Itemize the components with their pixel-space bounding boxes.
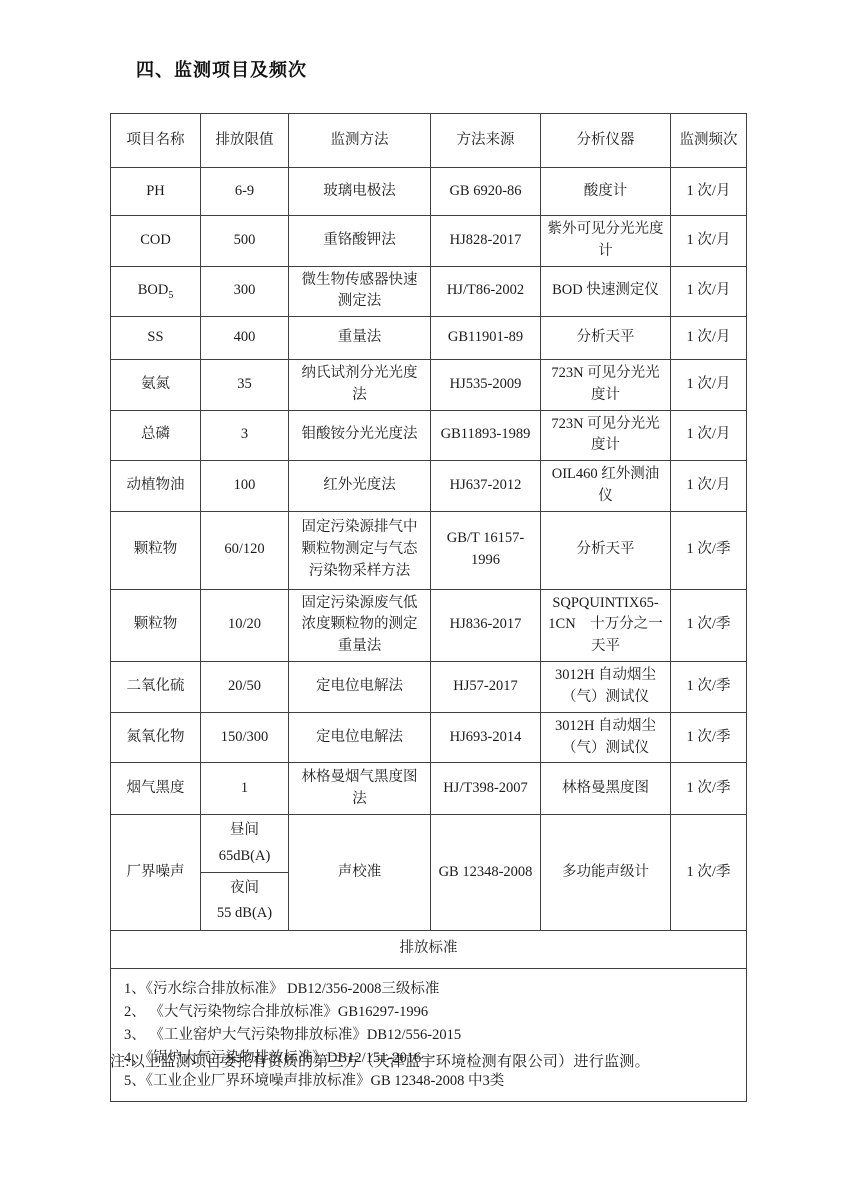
col-header-instrument: 分析仪器: [541, 114, 671, 168]
cell-monitoring-method: 纳氏试剂分光光度法: [289, 360, 431, 411]
table-row: 烟气黑度 1 林格曼烟气黑度图法 HJ/T398-2007 林格曼黑度图 1 次…: [111, 763, 747, 815]
cell-emission-limit: 10/20: [201, 589, 289, 661]
col-header-method: 监测方法: [289, 114, 431, 168]
cell-emission-limit: 35: [201, 360, 289, 411]
cell-monitoring-method: 重量法: [289, 317, 431, 360]
cell-monitoring-frequency: 1 次/月: [671, 360, 747, 411]
cell-monitoring-method: 固定污染源废气低浓度颗粒物的测定 重量法: [289, 589, 431, 661]
cell-analysis-instrument: 723N 可见分光光度计: [541, 360, 671, 411]
cell-analysis-instrument: 紫外可见分光光度计: [541, 216, 671, 267]
cell-analysis-instrument: 723N 可见分光光度计: [541, 410, 671, 461]
col-header-project: 项目名称: [111, 114, 201, 168]
cell-emission-limit: 300: [201, 266, 289, 317]
cell-analysis-instrument: SQPQUINTIX65-1CN 十万分之一天平: [541, 589, 671, 661]
cell-emission-limit: 150/300: [201, 712, 289, 763]
cell-method-source: HJ828-2017: [431, 216, 541, 267]
cell-method-source: HJ693-2014: [431, 712, 541, 763]
cell-monitoring-method: 红外光度法: [289, 461, 431, 512]
cell-project-name: 颗粒物: [111, 589, 201, 661]
cell-project-name: PH: [111, 168, 201, 216]
project-name-subscript: 5: [168, 290, 173, 301]
cell-monitoring-frequency: 1 次/月: [671, 266, 747, 317]
table-header-row: 项目名称 排放限值 监测方法 方法来源 分析仪器 监测频次: [111, 114, 747, 168]
document-page: 四、监测项目及频次 项目名称 排放限值 监测方法 方法来源 分析仪器 监测频次 …: [0, 0, 848, 1200]
cell-emission-limit-night: 夜间 55 dB(A): [201, 873, 289, 931]
table-row: SS 400 重量法 GB11901-89 分析天平 1 次/月: [111, 317, 747, 360]
cell-analysis-instrument: 分析天平: [541, 511, 671, 589]
cell-monitoring-frequency: 1 次/季: [671, 815, 747, 931]
cell-emission-limit: 400: [201, 317, 289, 360]
cell-monitoring-method: 钼酸铵分光光度法: [289, 410, 431, 461]
cell-method-source: HJ/T398-2007: [431, 763, 541, 815]
standard-item: 2、 《大气污染物综合排放标准》GB16297-1996: [124, 1001, 740, 1024]
cell-monitoring-frequency: 1 次/季: [671, 589, 747, 661]
limit-night-value: 55 dB(A): [207, 901, 282, 926]
table-row: BOD5 300 微生物传感器快速测定法 HJ/T86-2002 BOD 快速测…: [111, 266, 747, 317]
cell-method-source: GB11901-89: [431, 317, 541, 360]
col-header-source: 方法来源: [431, 114, 541, 168]
cell-monitoring-frequency: 1 次/月: [671, 461, 747, 512]
standard-item: 1、《污水综合排放标准》 DB12/356-2008三级标准: [124, 978, 740, 1001]
table-row: 二氧化硫 20/50 定电位电解法 HJ57-2017 3012H 自动烟尘（气…: [111, 661, 747, 712]
cell-project-name: 颗粒物: [111, 511, 201, 589]
section-title: 四、监测项目及频次: [136, 56, 307, 82]
cell-monitoring-method: 重铬酸钾法: [289, 216, 431, 267]
col-header-frequency: 监测频次: [671, 114, 747, 168]
cell-emission-limit: 3: [201, 410, 289, 461]
cell-monitoring-method: 声校准: [289, 815, 431, 931]
cell-monitoring-frequency: 1 次/月: [671, 410, 747, 461]
cell-method-source: HJ57-2017: [431, 661, 541, 712]
footer-note: 注:以上监测项目委托有资质的第三方（天津蓝宇环境检测有限公司）进行监测。: [110, 1050, 650, 1071]
limit-day-label: 昼间: [207, 818, 282, 843]
cell-project-name: SS: [111, 317, 201, 360]
cell-analysis-instrument: OIL460 红外测油仪: [541, 461, 671, 512]
cell-method-source: GB/T 16157-1996: [431, 511, 541, 589]
table-row: 总磷 3 钼酸铵分光光度法 GB11893-1989 723N 可见分光光度计 …: [111, 410, 747, 461]
cell-project-name: 动植物油: [111, 461, 201, 512]
cell-method-source: GB11893-1989: [431, 410, 541, 461]
cell-emission-limit: 100: [201, 461, 289, 512]
cell-method-source: HJ/T86-2002: [431, 266, 541, 317]
cell-project-name: 氨氮: [111, 360, 201, 411]
cell-monitoring-method: 定电位电解法: [289, 661, 431, 712]
cell-project-name: 烟气黑度: [111, 763, 201, 815]
table-row-noise-day: 厂界噪声 昼间 65dB(A) 声校准 GB 12348-2008 多功能声级计…: [111, 815, 747, 873]
standards-title-row: 排放标准: [111, 930, 747, 968]
cell-monitoring-method: 固定污染源排气中颗粒物测定与气态污染物采样方法: [289, 511, 431, 589]
cell-analysis-instrument: 酸度计: [541, 168, 671, 216]
cell-monitoring-frequency: 1 次/月: [671, 168, 747, 216]
cell-project-name: 厂界噪声: [111, 815, 201, 931]
table-row: PH 6-9 玻璃电极法 GB 6920-86 酸度计 1 次/月: [111, 168, 747, 216]
cell-method-source: GB 6920-86: [431, 168, 541, 216]
limit-day-value: 65dB(A): [207, 844, 282, 869]
cell-analysis-instrument: 多功能声级计: [541, 815, 671, 931]
cell-monitoring-frequency: 1 次/季: [671, 661, 747, 712]
cell-project-name: BOD5: [111, 266, 201, 317]
cell-monitoring-method: 微生物传感器快速测定法: [289, 266, 431, 317]
table-row: 氨氮 35 纳氏试剂分光光度法 HJ535-2009 723N 可见分光光度计 …: [111, 360, 747, 411]
cell-emission-limit-day: 昼间 65dB(A): [201, 815, 289, 873]
table-row: 氮氧化物 150/300 定电位电解法 HJ693-2014 3012H 自动烟…: [111, 712, 747, 763]
cell-method-source: HJ637-2012: [431, 461, 541, 512]
standards-title: 排放标准: [111, 930, 747, 968]
cell-analysis-instrument: 3012H 自动烟尘（气）测试仪: [541, 712, 671, 763]
table-row: 颗粒物 10/20 固定污染源废气低浓度颗粒物的测定 重量法 HJ836-201…: [111, 589, 747, 661]
monitoring-table: 项目名称 排放限值 监测方法 方法来源 分析仪器 监测频次 PH 6-9 玻璃电…: [110, 113, 747, 1102]
cell-project-name: 二氧化硫: [111, 661, 201, 712]
cell-monitoring-frequency: 1 次/季: [671, 511, 747, 589]
cell-emission-limit: 20/50: [201, 661, 289, 712]
cell-project-name: COD: [111, 216, 201, 267]
cell-monitoring-frequency: 1 次/月: [671, 216, 747, 267]
cell-emission-limit: 6-9: [201, 168, 289, 216]
limit-night-label: 夜间: [207, 876, 282, 901]
cell-analysis-instrument: 3012H 自动烟尘（气）测试仪: [541, 661, 671, 712]
project-name-base: BOD: [138, 282, 169, 298]
cell-analysis-instrument: 林格曼黑度图: [541, 763, 671, 815]
standard-item: 5、《工业企业厂界环境噪声排放标准》GB 12348-2008 中3类: [124, 1070, 740, 1093]
cell-monitoring-method: 林格曼烟气黑度图法: [289, 763, 431, 815]
cell-emission-limit: 1: [201, 763, 289, 815]
cell-project-name: 总磷: [111, 410, 201, 461]
standard-item: 3、 《工业窑炉大气污染物排放标准》DB12/556-2015: [124, 1024, 740, 1047]
cell-method-source: HJ535-2009: [431, 360, 541, 411]
table-row: 颗粒物 60/120 固定污染源排气中颗粒物测定与气态污染物采样方法 GB/T …: [111, 511, 747, 589]
cell-monitoring-frequency: 1 次/月: [671, 317, 747, 360]
cell-monitoring-method: 定电位电解法: [289, 712, 431, 763]
col-header-limit: 排放限值: [201, 114, 289, 168]
standards-list: 1、《污水综合排放标准》 DB12/356-2008三级标准 2、 《大气污染物…: [111, 968, 747, 1101]
cell-analysis-instrument: BOD 快速测定仪: [541, 266, 671, 317]
cell-emission-limit: 500: [201, 216, 289, 267]
cell-emission-limit: 60/120: [201, 511, 289, 589]
cell-monitoring-frequency: 1 次/季: [671, 712, 747, 763]
table-row: 动植物油 100 红外光度法 HJ637-2012 OIL460 红外测油仪 1…: [111, 461, 747, 512]
standards-list-row: 1、《污水综合排放标准》 DB12/356-2008三级标准 2、 《大气污染物…: [111, 968, 747, 1101]
cell-monitoring-method: 玻璃电极法: [289, 168, 431, 216]
cell-monitoring-frequency: 1 次/季: [671, 763, 747, 815]
cell-method-source: GB 12348-2008: [431, 815, 541, 931]
cell-method-source: HJ836-2017: [431, 589, 541, 661]
cell-analysis-instrument: 分析天平: [541, 317, 671, 360]
table-row: COD 500 重铬酸钾法 HJ828-2017 紫外可见分光光度计 1 次/月: [111, 216, 747, 267]
cell-project-name: 氮氧化物: [111, 712, 201, 763]
